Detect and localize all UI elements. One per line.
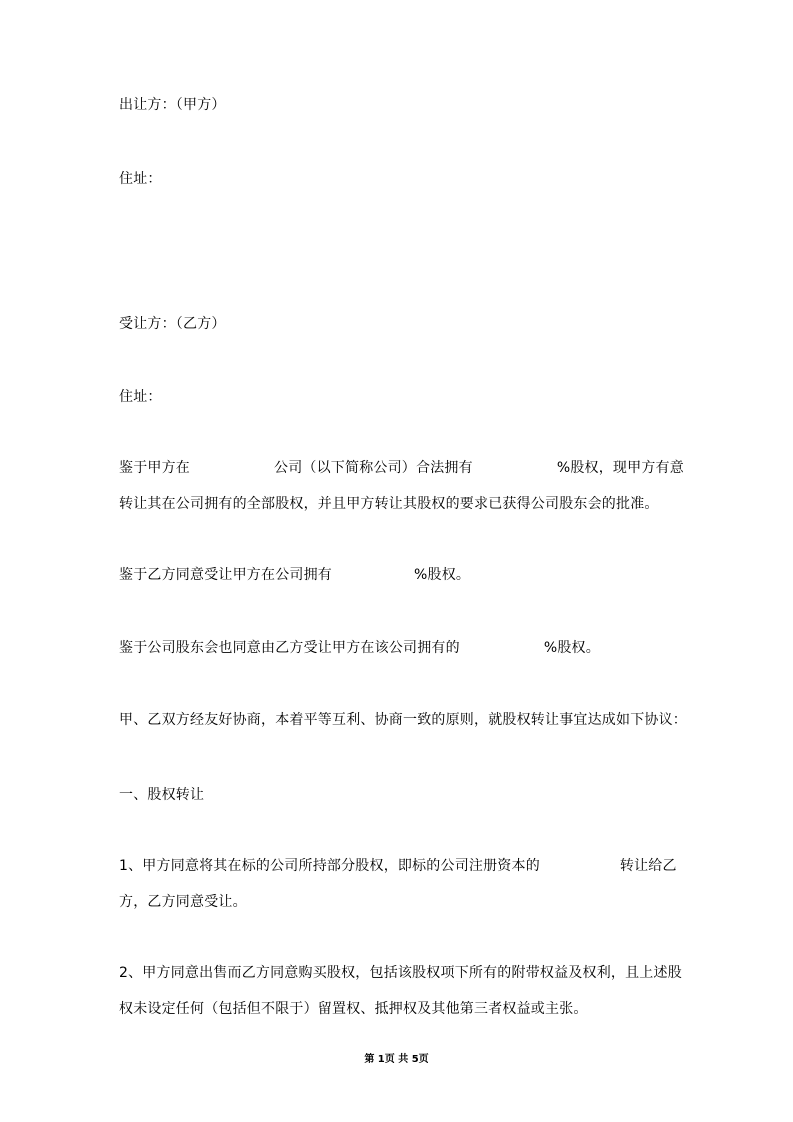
document-page: 出让方：（甲方） 住址： 受让方：（乙方） 住址： 鉴于甲方在公司（以下简称公司… xyxy=(0,0,793,1122)
page-number-label: 第 1页 共 5页 xyxy=(364,1054,428,1065)
recital-1-text-a: 鉴于甲方在 xyxy=(119,460,190,476)
recital-3-text-b: %股权。 xyxy=(544,640,600,656)
recital-2-text-a: 鉴于乙方同意受让甲方在公司拥有 xyxy=(119,567,332,583)
transferor-address-label: 住址： xyxy=(119,170,162,188)
recital-1-text-c: %股权，现甲方有意 xyxy=(557,460,684,476)
transferor-label: 出让方：（甲方） xyxy=(119,96,226,114)
transferee-address-label: 住址： xyxy=(119,388,162,406)
clause-2-line-2: 权未设定任何（包括但不限于）留置权、抵押权及其他第三者权益或主张。 xyxy=(119,1000,588,1018)
clause-1-text-b: 转让给乙 xyxy=(620,858,677,874)
clause-1-line-1: 1、甲方同意将其在标的公司所持部分股权，即标的公司注册资本的转让给乙 xyxy=(119,857,677,875)
recital-3: 鉴于公司股东会也同意由乙方受让甲方在该公司拥有的%股权。 xyxy=(119,639,600,657)
recital-1-line-1: 鉴于甲方在公司（以下简称公司）合法拥有%股权，现甲方有意 xyxy=(119,459,684,477)
recital-1-text-b: 公司（以下简称公司）合法拥有 xyxy=(274,460,473,476)
recital-2: 鉴于乙方同意受让甲方在公司拥有%股权。 xyxy=(119,566,470,584)
recital-4: 甲、乙双方经友好协商，本着平等互利、协商一致的原则，就股权转让事宜达成如下协议： xyxy=(119,711,687,729)
transferee-label: 受让方：（乙方） xyxy=(119,315,226,333)
recital-3-text-a: 鉴于公司股东会也同意由乙方受让甲方在该公司拥有的 xyxy=(119,640,460,656)
clause-1-text-a: 1、甲方同意将其在标的公司所持部分股权，即标的公司注册资本的 xyxy=(119,858,540,874)
recital-1-line-2: 转让其在公司拥有的全部股权，并且甲方转让其股权的要求已获得公司股东会的批准。 xyxy=(119,495,659,513)
clause-1-line-2: 方，乙方同意受让。 xyxy=(119,893,247,911)
section-1-heading: 一、股权转让 xyxy=(119,786,204,804)
recital-2-text-b: %股权。 xyxy=(414,567,470,583)
clause-2-line-1: 2、甲方同意出售而乙方同意购买股权，包括该股权项下所有的附带权益及权利，且上述股 xyxy=(119,964,682,982)
page-footer: 第 1页 共 5页 xyxy=(0,1053,793,1067)
